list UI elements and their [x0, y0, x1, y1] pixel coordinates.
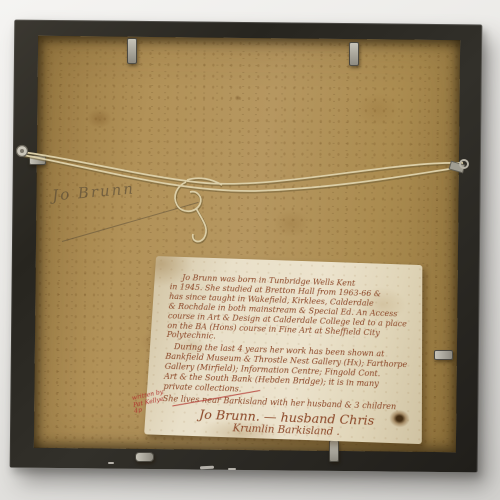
metal-clip-top-left [127, 38, 137, 64]
artist-biography-label: Jo Brunn was born in Tunbridge Wells Ken… [144, 256, 422, 444]
metal-clip-top-right [349, 42, 359, 66]
frame-scuff [108, 462, 114, 464]
frame-scuff [228, 468, 236, 470]
metal-clip-left [29, 155, 46, 165]
metal-clip-bottom-left [135, 452, 154, 462]
label-paragraph-2: During the last 4 years her work has bee… [163, 342, 412, 400]
metal-clip-right [434, 350, 453, 360]
metal-clip-bottom-right [329, 440, 339, 462]
label-paragraph-1: Jo Brunn was born in Tunbridge Wells Ken… [166, 273, 412, 349]
photo-back-of-frame: Jo Brunn Jo Brunn was born in Tunbridge … [0, 0, 500, 500]
